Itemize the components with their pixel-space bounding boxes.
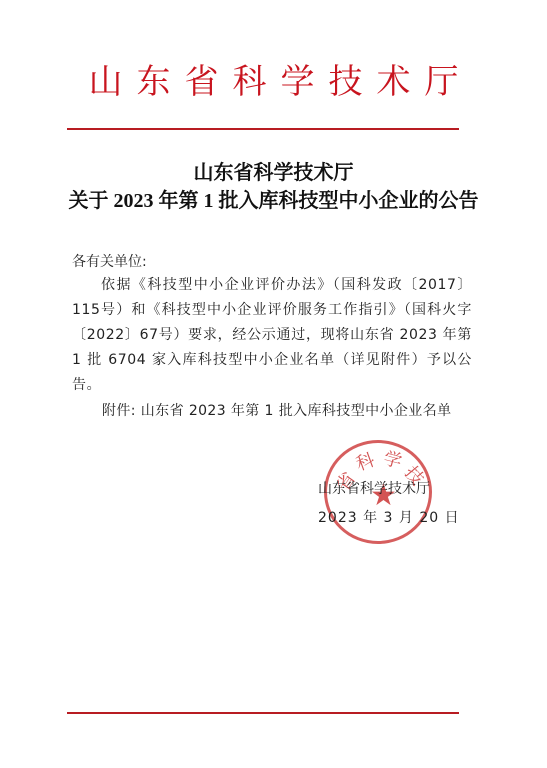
attachment-reference: 附件: 山东省 2023 年第 1 批入库科技型中小企业名单 [102, 400, 452, 420]
letterhead-divider [67, 128, 459, 130]
signer-name: 山东省科学技术厅 [318, 478, 430, 498]
signing-date: 2023 年 3 月 20 日 [318, 507, 460, 527]
salutation: 各有关单位: [72, 250, 472, 275]
footer-divider [67, 712, 459, 714]
notice-body-paragraph: 依据《科技型中小企业评价办法》（国科发政〔2017〕115号）和《科技型中小企业… [72, 273, 472, 398]
letterhead-title: 山东省科学技术厅 [0, 62, 547, 102]
notice-title-issuer: 山东省科学技术厅 [0, 160, 547, 186]
notice-title-subject: 关于 2023 年第 1 批入库科技型中小企业的公告 [0, 188, 547, 214]
